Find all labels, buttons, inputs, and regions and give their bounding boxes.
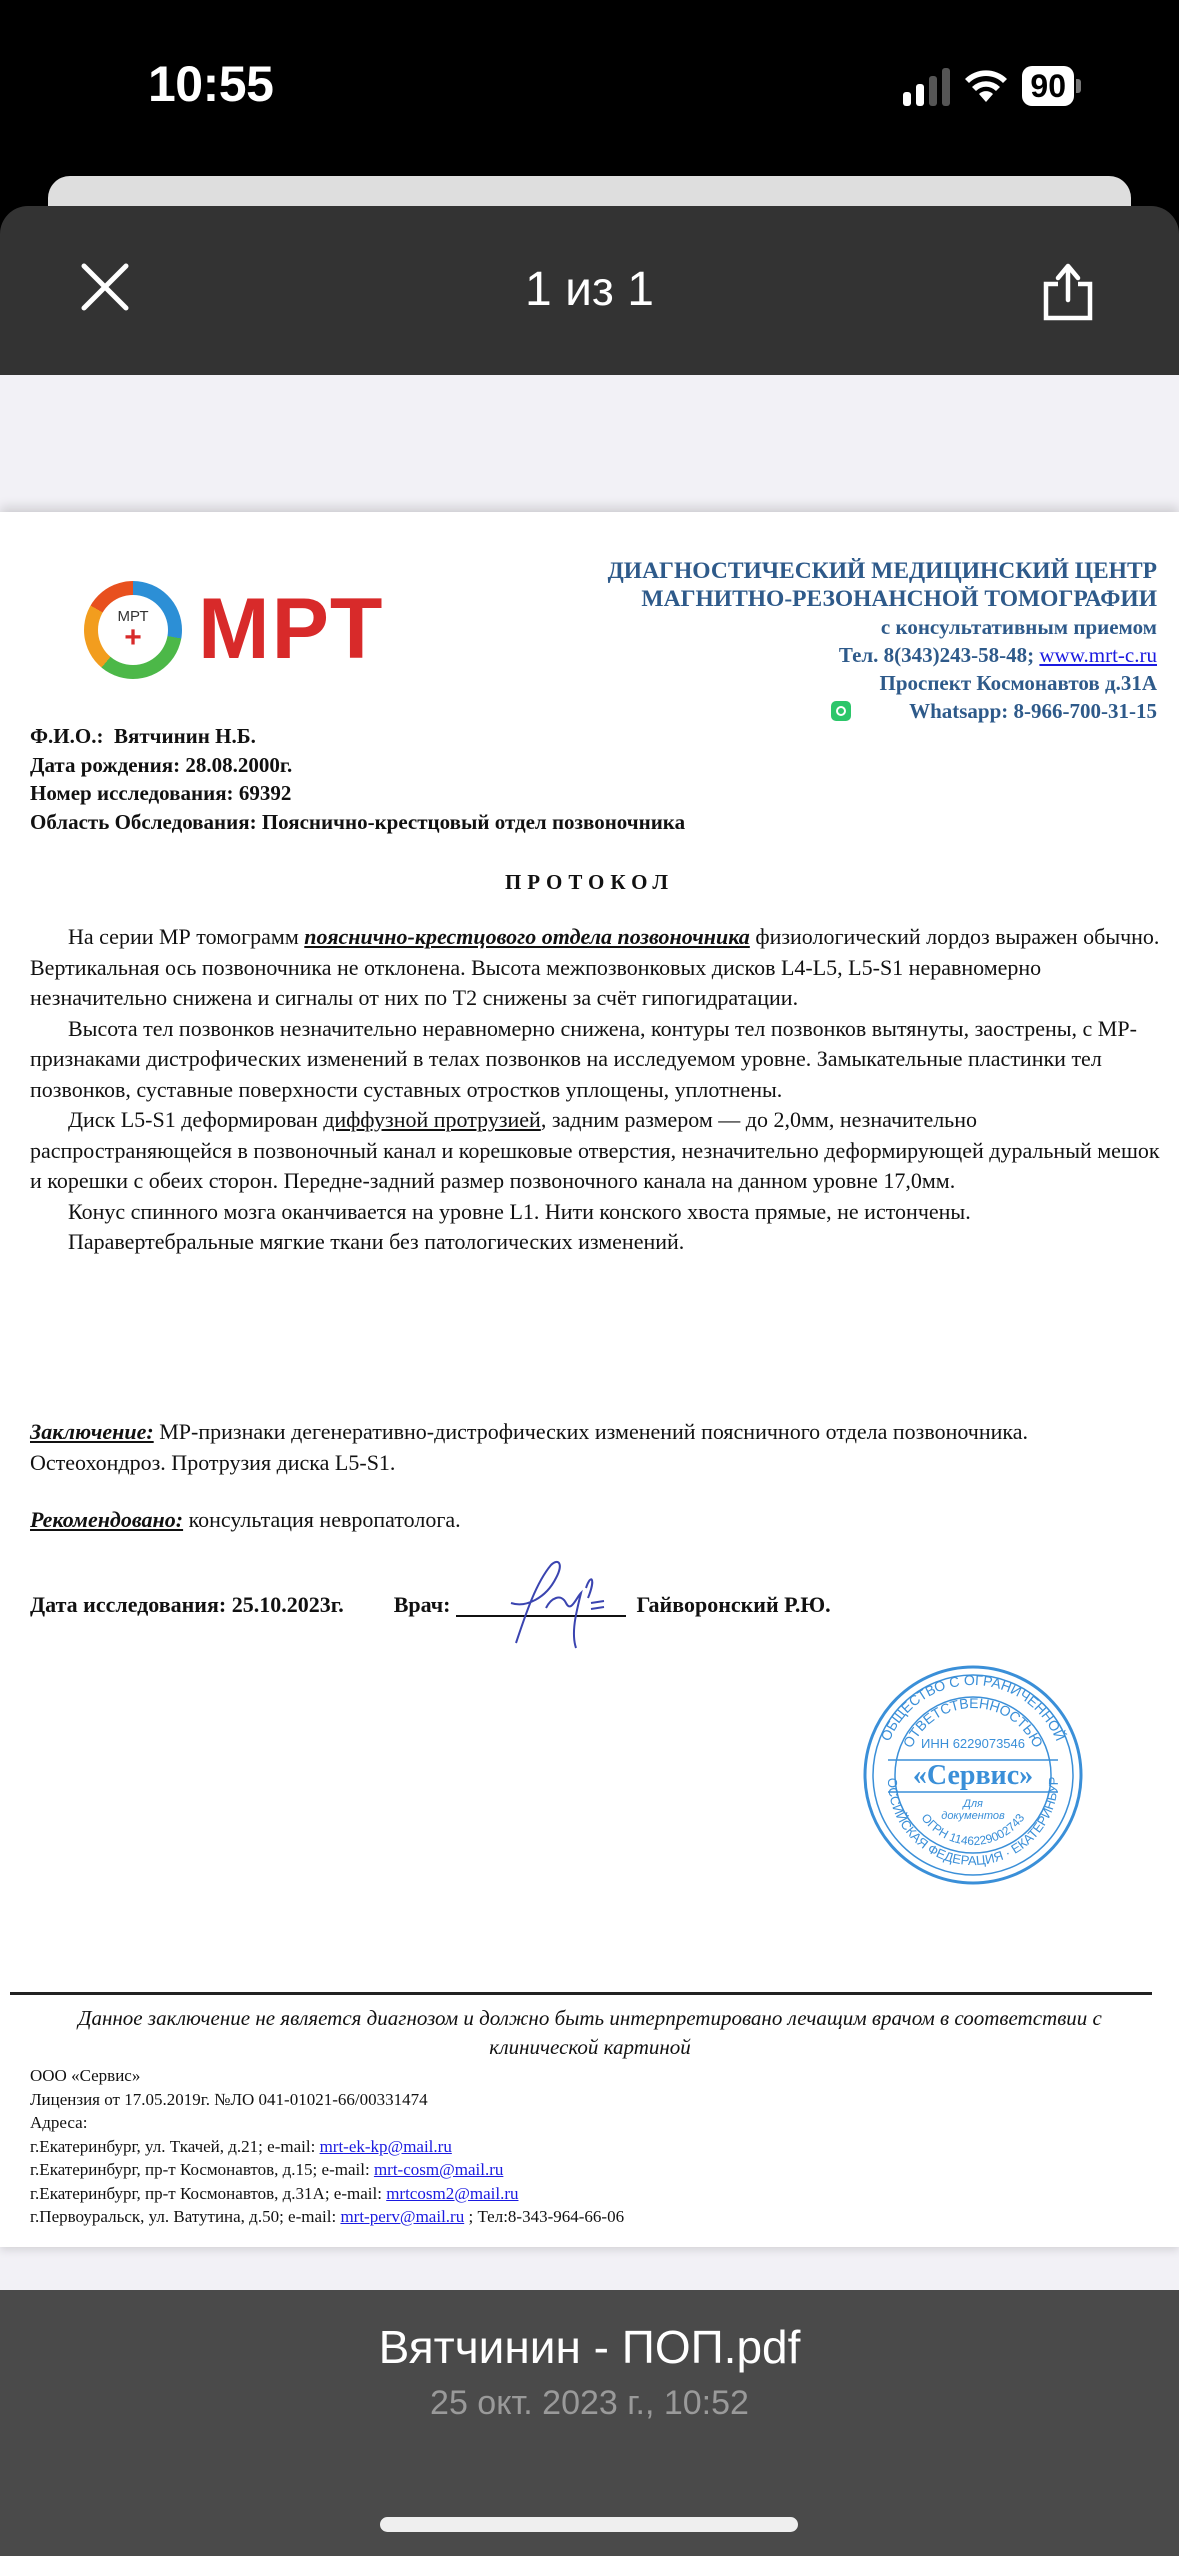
battery-icon: 90: [1022, 66, 1081, 106]
battery-level: 90: [1022, 66, 1074, 106]
status-icons: 90: [903, 66, 1081, 106]
recommendation-label: Рекомендовано:: [30, 1507, 183, 1532]
stamp-icon: ОБЩЕСТВО С ОГРАНИЧЕННОЙ ОТВЕТСТВЕННОСТЬЮ…: [858, 1660, 1088, 1890]
patient-name-row: Ф.И.О.: Вятчинин Н.Б.: [30, 722, 685, 751]
file-name: Вятчинин - ПОП.pdf: [0, 2320, 1179, 2374]
share-icon: [1040, 262, 1096, 322]
doctor-name: Гайворонский Р.Ю.: [636, 1592, 830, 1618]
clinic-website-link[interactable]: www.mrt-c.ru: [1039, 643, 1157, 667]
protocol-body: На серии МР томограмм пояснично-крестцов…: [30, 922, 1160, 1258]
status-bar: 10:55 90: [0, 0, 1179, 175]
home-indicator[interactable]: [380, 2517, 798, 2532]
clinic-line-3: с консультативным приемом: [608, 613, 1157, 641]
wifi-icon: [964, 68, 1008, 104]
file-date: 25 окт. 2023 г., 10:52: [0, 2384, 1179, 2423]
org-name: ООО «Сервис»: [30, 2064, 624, 2088]
conclusion: Заключение: МР-признаки дегенеративно-ди…: [30, 1417, 1160, 1478]
disclaimer: Данное заключение не является диагнозом …: [60, 2004, 1120, 2062]
doctor-label: Врач:: [394, 1592, 451, 1618]
patient-dob-row: Дата рождения: 28.08.2000г.: [30, 751, 685, 780]
signal-icon: [903, 66, 950, 106]
email-link[interactable]: mrt-ek-kp@mail.ru: [320, 2137, 452, 2156]
study-number-row: Номер исследования: 69392: [30, 779, 685, 808]
svg-text:документов: документов: [941, 1810, 1005, 1822]
paragraph-5: Паравертебральные мягкие ткани без патол…: [30, 1227, 1160, 1258]
signature-line: [456, 1593, 626, 1617]
pdf-page: МРТ + МРТ ДИАГНОСТИЧЕСКИЙ МЕДИЦИНСКИЙ ЦЕ…: [0, 512, 1179, 2247]
svg-text:Для: Для: [961, 1798, 983, 1810]
license: Лицензия от 17.05.2019г. №ЛО 041-01021-6…: [30, 2088, 624, 2112]
address-row: г.Екатеринбург, пр-т Космонавтов, д.15; …: [30, 2158, 624, 2182]
logo-ring-icon: МРТ +: [84, 581, 182, 679]
footer-divider: [10, 1992, 1152, 1995]
clinic-logo: МРТ + МРТ: [84, 580, 384, 679]
clinic-address: Проспект Космонавтов д.31А: [608, 669, 1157, 697]
clinic-header: ДИАГНОСТИЧЕСКИЙ МЕДИЦИНСКИЙ ЦЕНТР МАГНИТ…: [608, 557, 1157, 725]
cross-icon: +: [124, 625, 142, 651]
clinic-line-1: ДИАГНОСТИЧЕСКИЙ МЕДИЦИНСКИЙ ЦЕНТР: [608, 557, 1157, 585]
recommendation: Рекомендовано: консультация невропатолог…: [30, 1505, 1160, 1536]
document-viewer[interactable]: МРТ + МРТ ДИАГНОСТИЧЕСКИЙ МЕДИЦИНСКИЙ ЦЕ…: [0, 375, 1179, 2290]
footer-info: ООО «Сервис» Лицензия от 17.05.2019г. №Л…: [30, 2064, 624, 2229]
paragraph-4: Конус спинного мозга оканчивается на уро…: [30, 1197, 1160, 1228]
signature-icon: [476, 1553, 616, 1653]
conclusion-label: Заключение:: [30, 1419, 154, 1444]
clinic-line-2: МАГНИТНО-РЕЗОНАНСНОЙ ТОМОГРАФИИ: [608, 585, 1157, 613]
status-time: 10:55: [148, 55, 273, 113]
whatsapp-icon: [831, 701, 851, 721]
email-link[interactable]: mrt-cosm@mail.ru: [374, 2160, 503, 2179]
paragraph-3: Диск L5-S1 деформирован диффузной протру…: [30, 1105, 1160, 1197]
email-link[interactable]: mrtcosm2@mail.ru: [386, 2184, 518, 2203]
study-area-row: Область Обследования: Пояснично-крестцов…: [30, 808, 685, 837]
paragraph-2: Высота тел позвонков незначительно нерав…: [30, 1014, 1160, 1106]
page-counter: 1 из 1: [0, 262, 1179, 317]
svg-text:«Сервис»: «Сервис»: [913, 1760, 1033, 1791]
address-row: г.Екатеринбург, пр-т Космонавтов, д.31А;…: [30, 2182, 624, 2206]
study-date: Дата исследования: 25.10.2023г.: [30, 1592, 344, 1618]
patient-info: Ф.И.О.: Вятчинин Н.Б. Дата рождения: 28.…: [30, 722, 685, 836]
protocol-title: ПРОТОКОЛ: [0, 870, 1179, 895]
clinic-phone-row: Тел. 8(343)243-58-48; www.mrt-c.ru: [608, 641, 1157, 669]
address-row: г.Екатеринбург, ул. Ткачей, д.21; e-mail…: [30, 2135, 624, 2159]
share-button[interactable]: [1040, 262, 1096, 322]
clinic-whatsapp-row: Whatsapp: 8-966-700-31-15: [608, 697, 1157, 725]
signoff-row: Дата исследования: 25.10.2023г. Врач: Га…: [30, 1592, 831, 1618]
svg-text:ИНН 6229073546: ИНН 6229073546: [921, 1736, 1025, 1751]
addresses-label: Адреса:: [30, 2111, 624, 2135]
logo-brand: МРТ: [198, 580, 384, 679]
address-row: г.Первоуральск, ул. Ватутина, д.50; e-ma…: [30, 2205, 624, 2229]
email-link[interactable]: mrt-perv@mail.ru: [340, 2207, 464, 2226]
paragraph-1: На серии МР томограмм пояснично-крестцов…: [30, 922, 1160, 1014]
